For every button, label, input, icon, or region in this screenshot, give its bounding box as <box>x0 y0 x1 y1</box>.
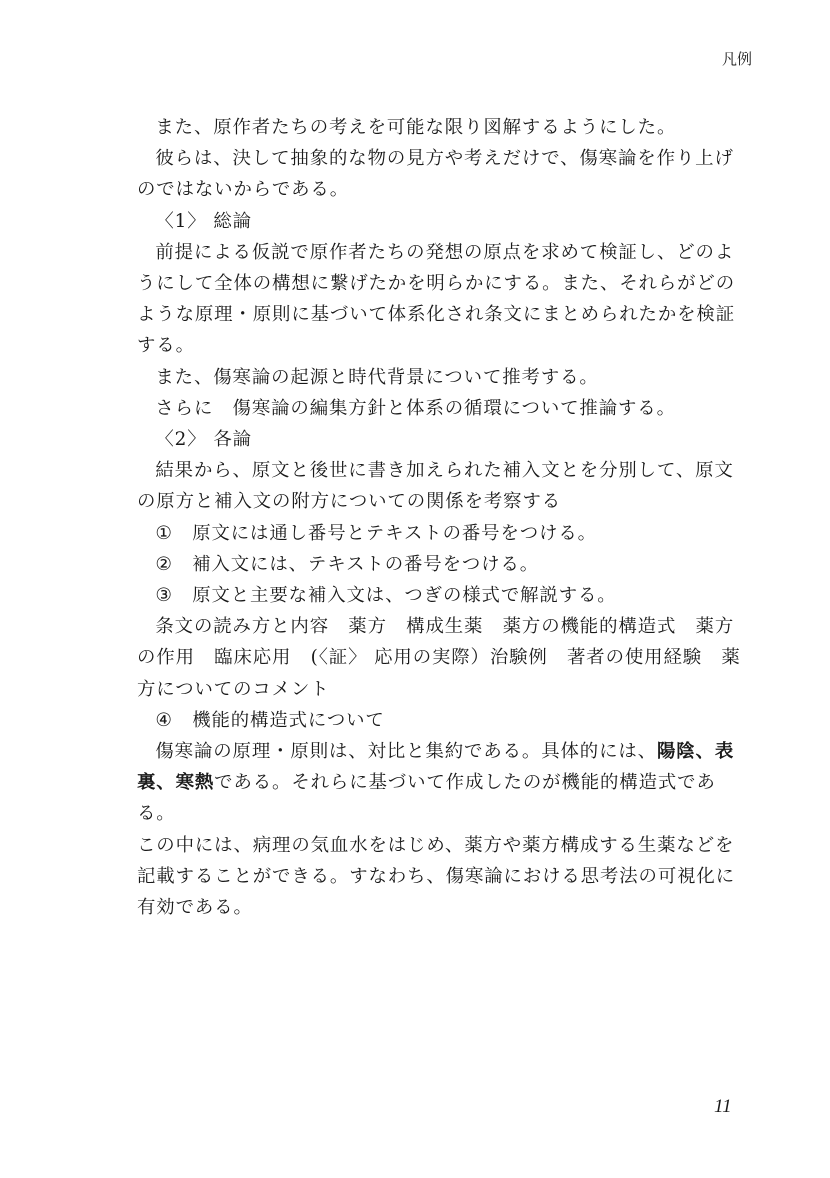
paragraph: また、原作者たちの考えを可能な限り図解するようにした。 <box>137 112 749 143</box>
list-item: ④機能的構造式について <box>137 705 749 736</box>
text-run: 傷寒論の原理・原則は、対比と集約である。具体的には、 <box>155 741 657 762</box>
paragraph: この中には、病理の気血水をはじめ、薬方や薬方構成する生薬などを記載することができ… <box>137 830 749 924</box>
paragraph: 条文の読み方と内容 薬方 構成生薬 薬方の機能的構造式 薬方の作用 臨床応用 (… <box>137 611 749 705</box>
section-heading-general: 〈1〉 総論 <box>137 206 749 237</box>
list-text: 機能的構造式について <box>192 710 385 731</box>
page-body: また、原作者たちの考えを可能な限り図解するようにした。 彼らは、決して抽象的な物… <box>137 112 749 923</box>
paragraph: 結果から、原文と後世に書き加えられた補入文とを分別して、原文の原方と補入文の附方… <box>137 455 749 517</box>
paragraph: 彼らは、決して抽象的な物の見方や考えだけで、傷寒論を作り上げのではないからである… <box>137 143 749 205</box>
text-run: である。それらに基づいて作成したのが機能的構造式である。 <box>137 772 716 824</box>
list-number: ④ <box>155 705 192 736</box>
list-number: ② <box>155 549 192 580</box>
list-text: 補入文には、テキストの番号をつける。 <box>192 554 539 575</box>
paragraph: 前提による仮説で原作者たちの発想の原点を求めて検証し、どのようにして全体の構想に… <box>137 237 749 362</box>
section-heading-specific: 〈2〉 各論 <box>137 424 749 455</box>
list-item: ②補入文には、テキストの番号をつける。 <box>137 549 749 580</box>
list-item: ③原文と主要な補入文は、つぎの様式で解説する。 <box>137 580 749 611</box>
list-text: 原文には通し番号とテキストの番号をつける。 <box>192 523 597 544</box>
paragraph: また、傷寒論の起源と時代背景について推考する。 <box>137 362 749 393</box>
running-header: 凡例 <box>722 48 752 69</box>
list-item: ①原文には通し番号とテキストの番号をつける。 <box>137 518 749 549</box>
list-number: ③ <box>155 580 192 611</box>
list-text: 原文と主要な補入文は、つぎの様式で解説する。 <box>192 585 616 606</box>
list-number: ① <box>155 518 192 549</box>
page-number: 11 <box>714 1096 732 1118</box>
paragraph: さらに 傷寒論の編集方針と体系の循環について推論する。 <box>137 393 749 424</box>
paragraph: 傷寒論の原理・原則は、対比と集約である。具体的には、陽陰、表裏、寒熱である。それ… <box>137 736 749 830</box>
